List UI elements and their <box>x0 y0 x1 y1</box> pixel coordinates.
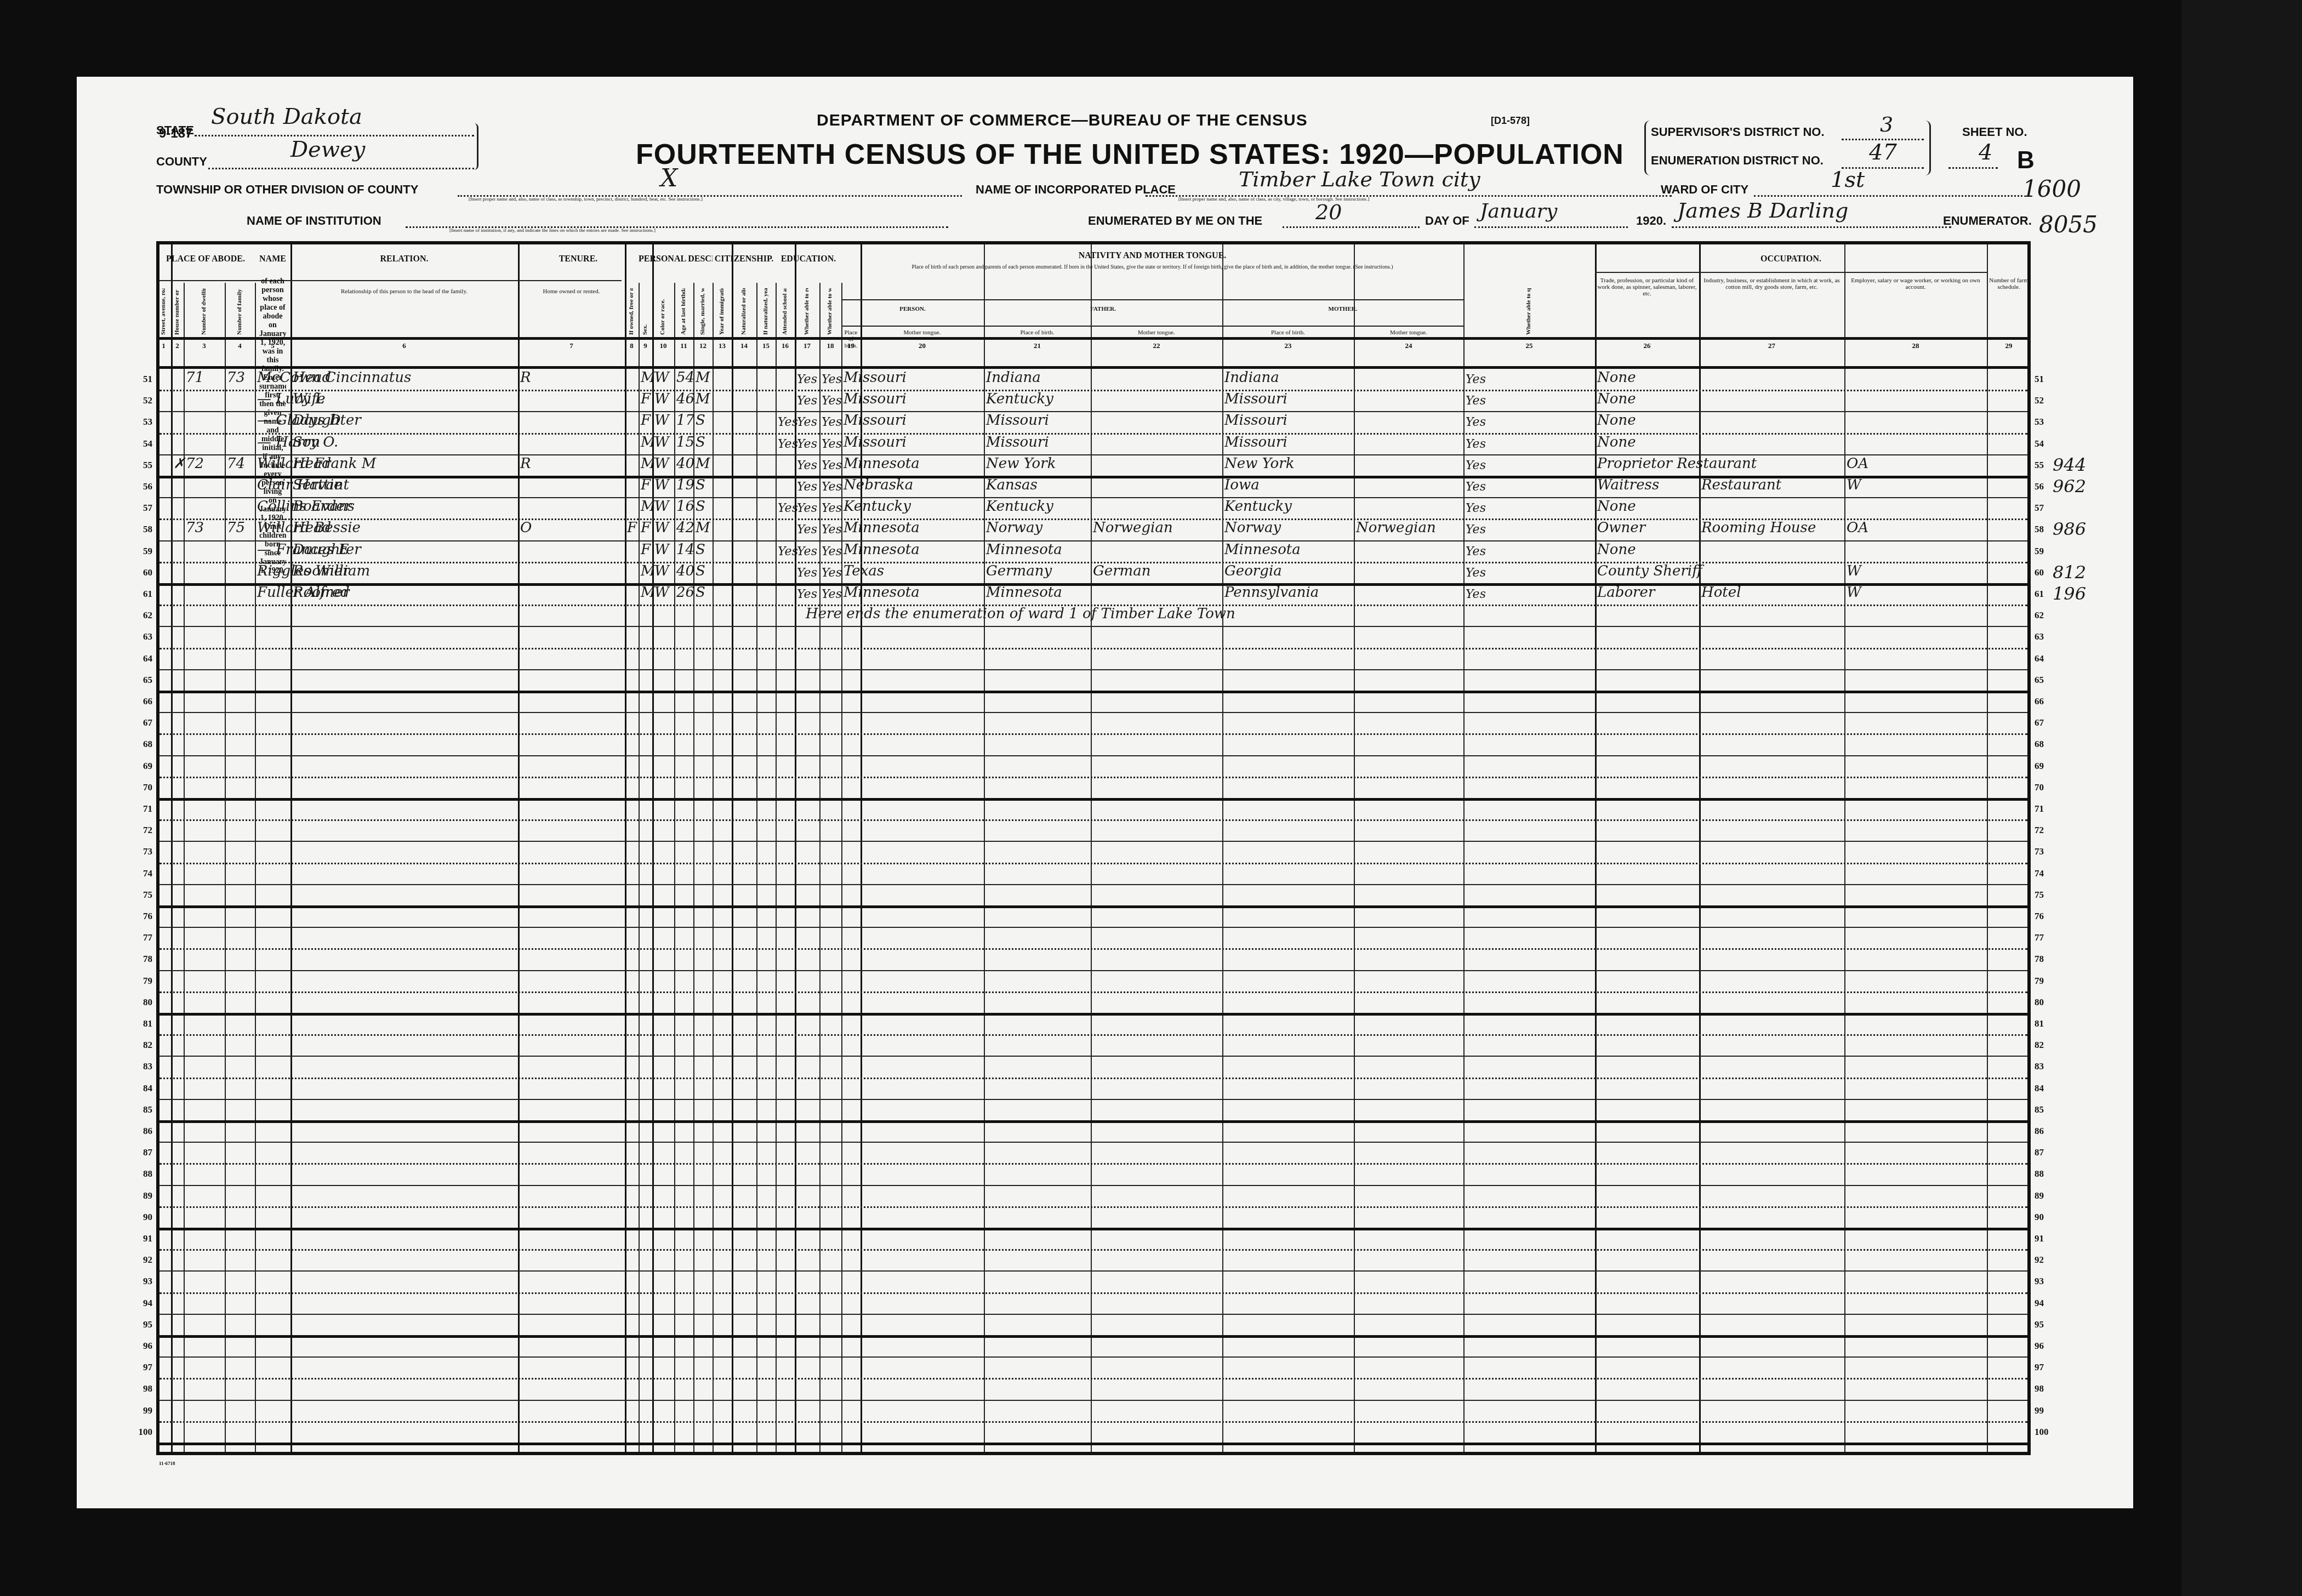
cell-sex: M <box>641 455 656 472</box>
cell-marital: M <box>696 455 710 472</box>
line-number-left: 80 <box>130 997 152 1008</box>
cell-sex: M <box>641 498 656 515</box>
line-number-left: 63 <box>130 631 152 642</box>
column-header-24: Mother tongue. <box>1354 329 1463 336</box>
cell-marital: M <box>696 391 710 407</box>
cell-write: Yes <box>822 415 842 429</box>
column-header-25: Whether able to speak English. <box>1525 288 1532 335</box>
cell-sex: F <box>641 412 651 429</box>
cell-trade: Waitress <box>1597 477 1659 493</box>
column-header-29: Number of farm schedule. <box>1989 277 2029 290</box>
line-number-left: 86 <box>130 1126 152 1137</box>
cell-relation: Boarder <box>293 498 351 515</box>
supervisor-district-label: SUPERVISOR'S DISTRICT NO. <box>1651 125 1825 139</box>
line-number-right: 52 <box>2035 395 2056 406</box>
line-number-left: 100 <box>130 1427 152 1438</box>
cell-f-birth: Kentucky <box>986 498 1053 515</box>
column-number-23: 23 <box>1222 341 1354 350</box>
cell-english: Yes <box>1466 523 1486 537</box>
row-rule <box>159 1013 2027 1016</box>
cell-f-tongue: Norwegian <box>1093 520 1173 536</box>
row-rule <box>159 669 2027 670</box>
cell-age: 15 <box>676 434 694 451</box>
enumerator-label: ENUMERATOR. <box>1943 214 2032 228</box>
cell-english: Yes <box>1466 545 1486 558</box>
line-number-right: 96 <box>2035 1341 2056 1352</box>
column-number-7: 7 <box>518 341 625 350</box>
township-value: X <box>660 164 677 192</box>
cell-race: W <box>654 434 669 451</box>
cell-m-birth: Missouri <box>1224 391 1287 407</box>
line-number-right: 76 <box>2035 911 2056 922</box>
line-number-right: 89 <box>2035 1190 2056 1201</box>
institution-hint: [Insert name of institution, if any, and… <box>449 227 656 233</box>
cell-age: 54 <box>676 369 694 386</box>
row-rule <box>159 970 2027 971</box>
cell-sex: F <box>641 391 651 407</box>
group-rule <box>159 280 622 281</box>
column-header-10: Color or race. <box>659 288 666 335</box>
line-number-left: 98 <box>130 1383 152 1394</box>
supervisor-district-value: 3 <box>1880 112 1893 136</box>
cell-house: ✗ <box>173 455 185 472</box>
row-62-note: Here ends the enumeration of ward 1 of T… <box>806 606 1235 622</box>
cell-trade: None <box>1597 434 1636 451</box>
line-number-left: 51 <box>130 374 152 385</box>
column-header-12: Single, married, widowed, or divorced. <box>699 288 706 335</box>
line-number-right: 78 <box>2035 954 2056 965</box>
cell-trade: Laborer <box>1597 584 1655 601</box>
line-number-left: 68 <box>130 739 152 750</box>
line-number-left: 59 <box>130 546 152 557</box>
column-header-20: Mother tongue. <box>861 329 984 336</box>
cell-trade: Owner <box>1597 520 1645 536</box>
line-number-right: 94 <box>2035 1298 2056 1309</box>
cell-relation: Head <box>293 455 331 472</box>
line-number-right: 82 <box>2035 1040 2056 1051</box>
ward-label: WARD OF CITY <box>1661 183 1748 197</box>
column-number-18: 18 <box>819 341 841 350</box>
cell-marital: S <box>696 434 705 451</box>
footer-code: 11-6718 <box>159 1461 175 1466</box>
row-rule <box>159 1292 2027 1294</box>
cell-trade: Proprietor Restaurant <box>1597 455 1757 472</box>
cell-marital: S <box>696 477 705 493</box>
cell-dwelling: 71 <box>186 369 204 386</box>
column-rule <box>776 283 777 1452</box>
column-number-14: 14 <box>732 341 756 350</box>
line-number-left: 61 <box>130 589 152 600</box>
nativity-rule <box>841 326 1463 327</box>
column-rule <box>756 283 757 1452</box>
line-number-right: 87 <box>2035 1147 2056 1158</box>
column-header-26: Trade, profession, or particular kind of… <box>1597 277 1697 297</box>
cell-family: 73 <box>227 369 245 386</box>
cell-write: Yes <box>822 373 842 386</box>
cell-class: OA <box>1847 520 1868 536</box>
column-number-17: 17 <box>795 341 819 350</box>
line-number-right: 83 <box>2035 1061 2056 1072</box>
institution-label: NAME OF INSTITUTION <box>247 214 381 228</box>
line-number-right: 100 <box>2035 1427 2056 1438</box>
column-number-15: 15 <box>756 341 776 350</box>
cell-read: Yes <box>797 437 817 451</box>
row-rule <box>159 1228 2027 1230</box>
cell-relation: Daughter <box>293 541 361 558</box>
cell-race: W <box>654 412 669 429</box>
line-number-left: 96 <box>130 1341 152 1352</box>
line-number-left: 99 <box>130 1405 152 1416</box>
line-number-left: 58 <box>130 524 152 535</box>
cell-name: McCown Cincinnatus <box>257 369 411 386</box>
line-number-left: 78 <box>130 954 152 965</box>
column-number-3: 3 <box>184 341 225 350</box>
column-number-21: 21 <box>984 341 1091 350</box>
cell-birth: Minnesota <box>844 455 920 472</box>
row-rule <box>159 1249 2027 1251</box>
row-rule <box>159 626 2027 627</box>
cell-age: 40 <box>676 455 694 472</box>
ward-value: 1st <box>1831 167 1865 192</box>
row-rule <box>159 1078 2027 1079</box>
cell-school: Yes <box>778 501 798 515</box>
sheet-number-value: 4 <box>1979 140 1992 165</box>
enumerated-month: January <box>1480 200 1557 223</box>
year-label: 1920. <box>1636 214 1666 228</box>
line-number-right: 62 <box>2035 610 2056 621</box>
cell-age: 42 <box>676 520 694 536</box>
cell-f-birth: New York <box>986 455 1056 472</box>
cell-sex: M <box>641 434 656 451</box>
day-of-label: DAY OF <box>1425 214 1469 228</box>
cell-write: Yes <box>822 459 842 472</box>
state-label: STATE <box>156 123 194 138</box>
column-number-16: 16 <box>776 341 795 350</box>
line-number-left: 62 <box>130 610 152 621</box>
enumerated-label: ENUMERATED BY ME ON THE <box>1088 214 1262 228</box>
line-number-right: 85 <box>2035 1104 2056 1115</box>
line-number-right: 65 <box>2035 675 2056 686</box>
line-number-right: 84 <box>2035 1083 2056 1094</box>
line-number-right: 51 <box>2035 374 2056 385</box>
row-rule <box>159 755 2027 756</box>
column-header-16: Attended school any time since Sept. 1, … <box>782 288 788 335</box>
cell-english: Yes <box>1466 437 1486 451</box>
cell-read: Yes <box>797 415 817 429</box>
line-number-right: 92 <box>2035 1255 2056 1266</box>
cell-trade: None <box>1597 369 1636 386</box>
cell-class: W <box>1847 563 1861 579</box>
header-rule <box>159 366 2027 369</box>
cell-class: W <box>1847 477 1861 493</box>
row-rule <box>159 1185 2027 1186</box>
cell-f-birth: Missouri <box>986 412 1049 429</box>
row-rule <box>159 948 2027 950</box>
column-header-6: Relationship of this person to the head … <box>293 288 516 295</box>
cell-write: Yes <box>822 545 842 558</box>
row-rule <box>159 1142 2027 1143</box>
cell-owned: R <box>520 369 531 386</box>
cell-birth: Minnesota <box>844 520 920 536</box>
column-number-22: 22 <box>1091 341 1222 350</box>
scan-border-right <box>2181 0 2302 1596</box>
cell-dwelling: 73 <box>186 520 204 536</box>
row-rule <box>159 1056 2027 1057</box>
cell-read: Yes <box>797 459 817 472</box>
row-rule <box>159 411 2027 412</box>
line-number-right: 74 <box>2035 868 2056 879</box>
line-number-right: 86 <box>2035 1126 2056 1137</box>
cell-write: Yes <box>822 501 842 515</box>
township-hint: [Insert proper name and, also, name of c… <box>469 196 703 202</box>
line-number-right: 95 <box>2035 1319 2056 1330</box>
column-header-1: Street, avenue, road, etc. <box>160 288 167 335</box>
row-rule <box>159 777 2027 778</box>
row-rule <box>159 1443 2027 1445</box>
cell-marital: S <box>696 541 705 558</box>
cell-age: 17 <box>676 412 694 429</box>
cell-m-birth: Pennsylvania <box>1224 584 1319 601</box>
line-number-right: 71 <box>2035 803 2056 814</box>
line-number-left: 88 <box>130 1168 152 1179</box>
cell-read: Yes <box>797 501 817 515</box>
cell-trade: None <box>1597 391 1636 407</box>
cell-m-birth: Missouri <box>1224 412 1287 429</box>
line-number-left: 69 <box>130 761 152 772</box>
line-number-left: 79 <box>130 976 152 987</box>
line-number-left: 70 <box>130 782 152 793</box>
group-occupation: OCCUPATION. <box>1595 254 1987 264</box>
row-rule <box>159 1034 2027 1036</box>
nativity-description: Place of birth of each person and parent… <box>845 264 1460 271</box>
column-header-18: Whether able to write. <box>827 288 833 335</box>
line-number-right: 64 <box>2035 653 2056 664</box>
line-number-right: 66 <box>2035 696 2056 707</box>
row-rule <box>159 1335 2027 1338</box>
cell-marital: S <box>696 563 705 579</box>
row-rule <box>159 1421 2027 1423</box>
cell-m-birth: Missouri <box>1224 434 1287 451</box>
cell-read: Yes <box>797 545 817 558</box>
line-number-left: 52 <box>130 395 152 406</box>
cell-relation: Roomer <box>293 584 349 601</box>
column-number-25: 25 <box>1463 341 1595 350</box>
group-education: EDUCATION. <box>776 254 841 264</box>
row-rule <box>159 1314 2027 1315</box>
cell-birth: Minnesota <box>844 584 920 601</box>
column-rule <box>255 283 256 1452</box>
cell-sex: M <box>641 369 656 386</box>
cell-f-birth: Kansas <box>986 477 1038 493</box>
group-mother: MOTHER. <box>1222 306 1463 312</box>
column-header-11: Age at last birthday. <box>680 288 687 335</box>
cell-write: Yes <box>822 523 842 537</box>
department-heading: DEPARTMENT OF COMMERCE—BUREAU OF THE CEN… <box>817 111 1308 130</box>
cell-f-birth: Indiana <box>986 369 1041 386</box>
line-number-right: 90 <box>2035 1212 2056 1223</box>
column-number-1: 1 <box>156 341 171 350</box>
line-number-left: 77 <box>130 932 152 943</box>
cell-trade: County Sheriff <box>1597 563 1702 579</box>
line-number-left: 65 <box>130 675 152 686</box>
cell-birth: Kentucky <box>844 498 911 515</box>
nativity-rule <box>841 299 1463 300</box>
cell-marital: S <box>696 498 705 515</box>
cell-english: Yes <box>1466 588 1486 601</box>
line-number-left: 53 <box>130 417 152 428</box>
cell-write: Yes <box>822 588 842 601</box>
line-number-left: 89 <box>130 1190 152 1201</box>
cell-race: W <box>654 477 669 493</box>
row-rule <box>159 1356 2027 1358</box>
column-rule <box>674 283 675 1452</box>
cell-english: Yes <box>1466 459 1486 472</box>
line-number-right: 80 <box>2035 997 2056 1008</box>
line-number-left: 64 <box>130 653 152 664</box>
cell-sex: F <box>641 541 651 558</box>
cell-race: W <box>654 563 669 579</box>
line-number-left: 95 <box>130 1319 152 1330</box>
cell-trade: None <box>1597 498 1636 515</box>
cell-school: Yes <box>778 437 798 451</box>
row-rule <box>159 712 2027 713</box>
cell-relation: Daughter <box>293 412 361 429</box>
line-number-left: 81 <box>130 1018 152 1029</box>
line-number-right: 73 <box>2035 846 2056 857</box>
line-number-left: 97 <box>130 1362 152 1373</box>
cell-age: 46 <box>676 391 694 407</box>
column-rule <box>639 283 640 1452</box>
column-number-6: 6 <box>290 341 518 350</box>
cell-birth: Missouri <box>844 434 907 451</box>
cell-industry: Rooming House <box>1701 520 1816 536</box>
enumerated-day: 20 <box>1315 200 1342 224</box>
line-number-right: 93 <box>2035 1276 2056 1287</box>
cell-marital: S <box>696 584 705 601</box>
line-number-right: 88 <box>2035 1168 2056 1179</box>
cell-age: 40 <box>676 563 694 579</box>
line-number-right: 67 <box>2035 717 2056 728</box>
column-number-24: 24 <box>1354 341 1463 350</box>
row-rule <box>159 1400 2027 1401</box>
row-rule <box>159 390 2027 391</box>
line-number-left: 76 <box>130 911 152 922</box>
column-header-4: Number of family in order of visitation. <box>236 288 243 335</box>
row-rule <box>159 884 2027 885</box>
cell-trade: None <box>1597 412 1636 429</box>
column-header-15: If naturalized, year of naturalization. <box>762 288 769 335</box>
cell-read: Yes <box>797 394 817 408</box>
cell-write: Yes <box>822 566 842 580</box>
column-number-8: 8 <box>625 341 639 350</box>
line-number-left: 73 <box>130 846 152 857</box>
row-rule <box>159 905 2027 908</box>
county-value: Dewey <box>290 137 365 162</box>
column-header-2: House number or farm, etc. (See instruct… <box>174 288 180 335</box>
sheet-number-label: SHEET NO. <box>1962 125 2027 139</box>
column-rule <box>225 283 226 1452</box>
line-number-right: 91 <box>2035 1233 2056 1244</box>
cell-birth: Minnesota <box>844 541 920 558</box>
column-header-23: Place of birth. <box>1222 329 1354 336</box>
township-label: TOWNSHIP OR OTHER DIVISION OF COUNTY <box>156 183 418 197</box>
cell-m-birth: Kentucky <box>1224 498 1292 515</box>
row-rule <box>159 691 2027 693</box>
cell-age: 26 <box>676 584 694 601</box>
column-number-26: 26 <box>1595 341 1699 350</box>
cell-m-birth: New York <box>1224 455 1294 472</box>
cell-read: Yes <box>797 588 817 601</box>
group-person: PERSON. <box>841 306 984 312</box>
column-header-22: Mother tongue. <box>1091 329 1222 336</box>
row-rule <box>159 583 2027 586</box>
column-header-9: Sex. <box>642 288 648 335</box>
cell-f-birth: Minnesota <box>986 541 1062 558</box>
cell-relation: Wife <box>293 391 326 407</box>
column-number-10: 10 <box>652 341 674 350</box>
county-label: COUNTY <box>156 155 207 169</box>
line-number-right: 72 <box>2035 825 2056 836</box>
cell-f-birth: Kentucky <box>986 391 1053 407</box>
line-number-right: 63 <box>2035 631 2056 642</box>
column-rule <box>819 283 820 1452</box>
line-number-right: 98 <box>2035 1383 2056 1394</box>
cell-class: W <box>1847 584 1861 601</box>
cell-family: 74 <box>227 455 245 472</box>
line-number-right: 70 <box>2035 782 2056 793</box>
column-number-29: 29 <box>1987 341 2031 350</box>
line-number-right: 53 <box>2035 417 2056 428</box>
cell-age: 16 <box>676 498 694 515</box>
cell-race: W <box>654 455 669 472</box>
row-rule <box>159 1163 2027 1165</box>
line-number-left: 91 <box>130 1233 152 1244</box>
cell-birth: Texas <box>844 563 884 579</box>
cell-birth: Missouri <box>844 412 907 429</box>
row-rule <box>159 991 2027 993</box>
cell-relation: Roomer <box>293 563 349 579</box>
cell-birth: Nebraska <box>844 477 913 493</box>
column-header-13: Year of immigration to the United States… <box>719 288 725 335</box>
cell-m-birth: Minnesota <box>1224 541 1301 558</box>
margin-note-8055: 8055 <box>2039 211 2098 238</box>
line-number-left: 74 <box>130 868 152 879</box>
cell-write: Yes <box>822 480 842 494</box>
cell-f-birth: Missouri <box>986 434 1049 451</box>
cell-m-birth: Norway <box>1224 520 1281 536</box>
cell-industry: Restaurant <box>1701 477 1781 493</box>
column-number-2: 2 <box>171 341 184 350</box>
cell-marital: M <box>696 369 710 386</box>
cell-m-birth: Georgia <box>1224 563 1282 579</box>
column-number-4: 4 <box>225 341 255 350</box>
cell-school: Yes <box>778 415 798 429</box>
enumeration-district-label: ENUMERATION DISTRICT NO. <box>1651 153 1824 168</box>
line-number-right: 79 <box>2035 976 2056 987</box>
group-place-of-abode: PLACE OF ABODE. <box>156 254 255 264</box>
margin-note: 944 <box>2053 454 2086 475</box>
line-number-left: 57 <box>130 503 152 514</box>
cell-f-birth: Germany <box>986 563 1052 579</box>
row-rule <box>159 798 2027 801</box>
cell-owned: R <box>520 455 531 472</box>
form-title: FOURTEENTH CENSUS OF THE UNITED STATES: … <box>636 138 1624 171</box>
cell-write: Yes <box>822 394 842 408</box>
column-number-11: 11 <box>674 341 693 350</box>
cell-birth: Missouri <box>844 369 907 386</box>
cell-english: Yes <box>1466 394 1486 408</box>
column-number-28: 28 <box>1844 341 1987 350</box>
